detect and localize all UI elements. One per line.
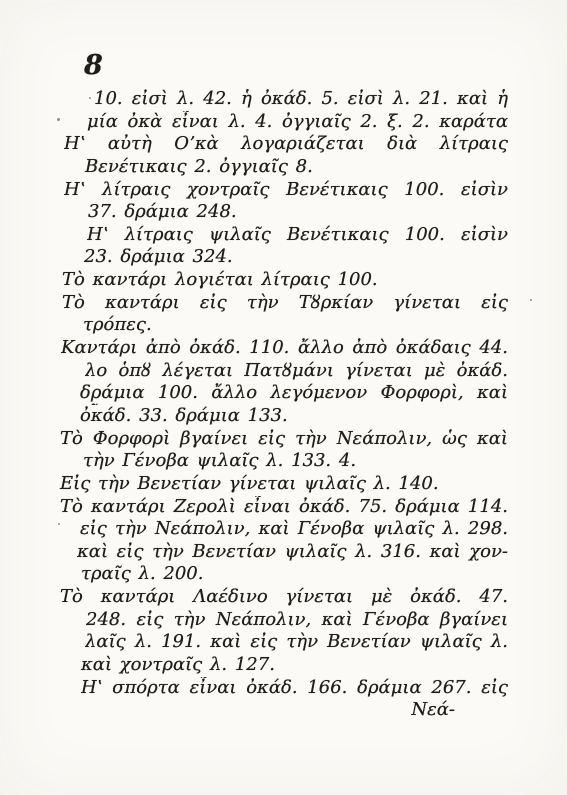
text-line: Βενέτικαις 2. ὀγγιαῖς 8. — [85, 156, 508, 179]
text-line: Εἰς τὴν Βενετίαν γίνεται ψιλαῖς λ. 140. — [60, 473, 508, 496]
catchword: Νεά- — [60, 699, 508, 722]
text-line: 37. δράμια 248. — [88, 201, 508, 224]
text-line: Τὸ καντάρι εἰς τὴν Τȣρκίαν γίνεται εἰς π… — [62, 292, 508, 315]
text-line: τὴν Γένοβα ψιλαῖς λ. 133. 4. — [83, 450, 508, 473]
text-line: 248. εἰς τὴν Νεάπολιν, καὶ Γένοβα βγαίνε… — [86, 609, 508, 632]
text-line: λο ὁπȣ λέγεται Πατȣμάνι γίνεται μὲ ὀκάδ.… — [85, 360, 508, 383]
text-line: λαῖς λ. 191. καὶ εἰς τὴν Βενετίαν ψιλαῖς… — [85, 631, 508, 654]
page-number: 8 — [84, 50, 103, 81]
text-line: τρόπες. — [83, 314, 508, 337]
text-line: τραῖς λ. 200. — [81, 563, 508, 586]
text-line: 10. εἰσὶ λ. 42. ἡ ὀκάδ. 5. εἰσὶ λ. 21. κ… — [94, 88, 508, 111]
ink-speck — [57, 118, 60, 121]
text-line: ὀκάδ. 33. δράμια 133. — [80, 405, 508, 428]
text-line: Τὸ Φορφορὶ βγαίνει εἰς τὴν Νεάπολιν, ὡς … — [60, 428, 508, 451]
text-line: Τὸ καντάρι Ζερολὶ εἶναι ὀκάδ. 75. δράμια… — [60, 496, 508, 519]
ink-speck — [58, 523, 60, 525]
text-block: 10. εἰσὶ λ. 42. ἡ ὀκάδ. 5. εἰσὶ λ. 21. κ… — [60, 88, 508, 722]
text-line: καὶ εἰς τὴν Βενετίαν ψιλαῖς λ. 316. καὶ … — [77, 541, 508, 564]
text-line: Τὸ καντάρι λογιέται λίτραις 100. — [62, 269, 508, 292]
text-line: Ηʽ λίτραις ψιλαῖς Βενέτικαις 100. εἰσὶν … — [87, 224, 508, 247]
text-line: Ηʽ λίτραις χοντραῖς Βενέτικαις 100. εἰσὶ… — [64, 179, 508, 202]
text-line: 23. δράμια 324. — [84, 246, 508, 269]
ink-speck — [530, 299, 532, 301]
text-line: Ηʽ σπόρτα εἶναι ὀκάδ. 166. δράμια 267. ε… — [81, 677, 508, 700]
ink-speck — [89, 97, 91, 99]
text-line: Καντάρι ἀπὸ ὀκάδ. 110. ἄλλο ἀπὸ ὀκάδαις … — [61, 337, 508, 360]
text-line: μία ὀκὰ εἶναι λ. 4. ὀγγιαῖς 2. ξ. 2. καρ… — [87, 111, 508, 134]
text-line: καὶ χοντραῖς λ. 127. — [81, 654, 508, 677]
text-line: εἰς τὴν Νεάπολιν, καὶ Γένοβα ψιλαῖς λ. 2… — [80, 518, 508, 541]
text-line: Ηʽ αὐτὴ Οʼκὰ λογαριάζεται διὰ λίτραις χο… — [64, 133, 508, 156]
text-line: δράμια 100. ἄλλο λεγόμενον Φορφορὶ, καὶ … — [80, 382, 508, 405]
scanned-book-page: 8 10. εἰσὶ λ. 42. ἡ ὀκάδ. 5. εἰσὶ λ. 21.… — [0, 0, 567, 795]
text-line: Τὸ καντάρι Λαέδινο γίνεται μὲ ὀκάδ. 47. … — [60, 586, 508, 609]
